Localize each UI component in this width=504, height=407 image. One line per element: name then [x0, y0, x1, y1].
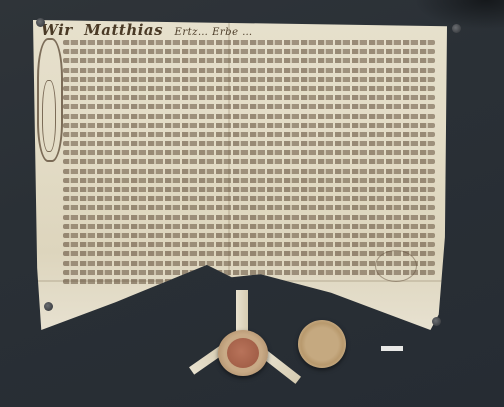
manuscript-line: [63, 58, 435, 63]
manuscript-line: [63, 196, 435, 201]
signature-flourish: [375, 250, 417, 282]
manuscript-line: [63, 104, 435, 109]
manuscript-line: [63, 233, 435, 238]
manuscript-line: [63, 215, 435, 220]
manuscript-line: [63, 159, 435, 164]
seal-capsule-lid: [298, 320, 346, 368]
manuscript-text-block: [63, 40, 435, 275]
manuscript-line: [63, 242, 435, 247]
manuscript-line: [63, 123, 435, 128]
mounting-hole-bottom-left: [44, 302, 53, 311]
mounting-hole-top-left: [36, 18, 45, 27]
initial-flourish-inner: [42, 80, 56, 152]
mounting-hole-top-right: [452, 24, 461, 33]
manuscript-line: [63, 150, 435, 155]
document-heading: Wir Matthias Ertz… Erbe …: [41, 21, 253, 39]
manuscript-line: [63, 224, 435, 229]
seal-strap-top: [236, 290, 248, 335]
manuscript-line: [63, 178, 435, 183]
wax-seal-capsule: [218, 330, 268, 376]
manuscript-line: [63, 205, 435, 210]
manuscript-line: [63, 95, 435, 100]
manuscript-line: [63, 132, 435, 137]
mounting-hole-bottom-right: [432, 317, 441, 326]
manuscript-line: [63, 86, 435, 91]
collection-label: [381, 346, 403, 351]
parchment-charter: Wir Matthias Ertz… Erbe …: [33, 20, 447, 330]
heading-initial: Wir: [41, 21, 73, 39]
photo-scene: Wir Matthias Ertz… Erbe …: [0, 0, 504, 407]
manuscript-line: [63, 40, 435, 45]
manuscript-line: [63, 279, 193, 284]
manuscript-line: [63, 187, 435, 192]
manuscript-line: [63, 68, 435, 73]
manuscript-line: [63, 49, 435, 54]
manuscript-line: [63, 169, 435, 174]
manuscript-line: [63, 114, 435, 119]
manuscript-line: [63, 77, 435, 82]
heading-name: Matthias: [84, 21, 163, 39]
heading-rest: Ertz… Erbe …: [175, 27, 253, 38]
wax-seal: [227, 338, 259, 368]
manuscript-line: [63, 141, 435, 146]
